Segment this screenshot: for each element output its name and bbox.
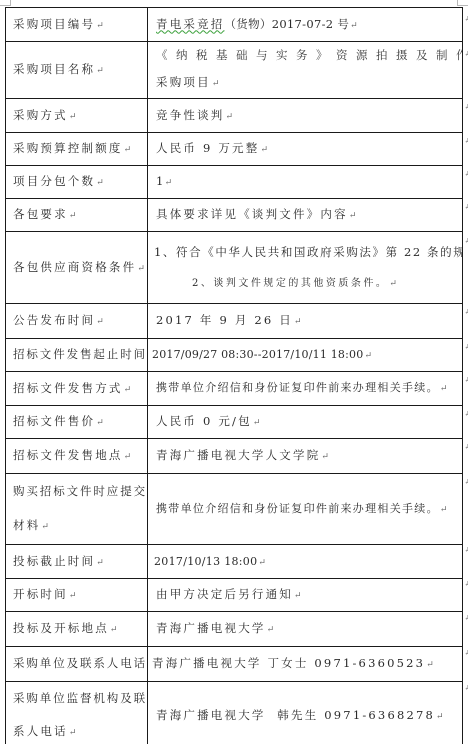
value-cell[interactable]: 具体要求详见《谈判文件》内容↵	[148, 199, 463, 232]
table-row-procurement-method: 采购方式↵ 竞争性谈判↵	[6, 99, 463, 133]
table-row-sale-location: 招标文件发售地点↵ 青海广播电视大学人文学院↵	[6, 439, 463, 474]
value-cell[interactable]: 携带单位介绍信和身份证复印件前来办理相关手续。↵	[148, 372, 463, 406]
value-text: 携带单位介绍信和身份证复印件前来办理相关手续。	[156, 502, 439, 515]
label-text: 系人电话	[13, 724, 68, 738]
page-corner-mark-right	[457, 0, 468, 6]
label-cell: 开标时间↵	[6, 579, 148, 612]
table-row-budget: 采购预算控制额度↵ 人民币 9 万元整↵	[6, 133, 463, 166]
row-end-mark-icon: ↲	[464, 344, 468, 351]
paragraph-mark-icon: ↵	[165, 178, 173, 188]
row-end-mark-icon: ↲	[464, 238, 468, 245]
table-row-sale-method: 招标文件发售方式↵ 携带单位介绍信和身份证复印件前来办理相关手续。↵	[6, 372, 463, 406]
table-row-bid-deadline: 投标截止时间↵ 2017/10/13 18:00↵	[6, 545, 463, 579]
row-end-mark-icon: ↲	[464, 685, 468, 692]
paragraph-mark-icon: ↵	[212, 79, 220, 89]
paragraph-mark-icon: ↵	[260, 145, 268, 155]
paragraph-mark-icon: ↵	[436, 712, 444, 722]
paragraph-mark-icon: ↵	[69, 112, 77, 122]
label-text: 招标文件发售方式	[13, 381, 123, 395]
table-row-supplier-qualifications: 各包供应商资格条件↵ 1、符合《中华人民共和国政府采购法》第 22 条的规定。 …	[6, 232, 463, 304]
paragraph-mark-icon: ↵	[96, 418, 104, 428]
value-cell[interactable]: 2017/10/13 18:00↵	[148, 545, 463, 579]
qualification-item-1: 1、符合《中华人民共和国政府采购法》第 22 条的规定。	[154, 236, 462, 268]
label-text: 各包供应商资格条件	[13, 260, 136, 274]
label-cell: 采购项目名称↵	[6, 42, 148, 99]
label-text: 招标文件发售起止时间	[13, 347, 147, 361]
paragraph-mark-icon: ↵	[350, 21, 358, 31]
value-text: 由甲方决定后另行通知	[156, 587, 293, 601]
value-text: 青海广播电视大学	[156, 621, 266, 635]
row-end-mark-icon: ↲	[464, 16, 468, 23]
table-row-required-materials: 购买招标文件时应提交 材料↵ 携带单位介绍信和身份证复印件前来办理相关手续。↵	[6, 474, 463, 545]
spellcheck-flagged-text[interactable]: 青电采竞招	[156, 17, 225, 31]
value-cell[interactable]: 1、符合《中华人民共和国政府采购法》第 22 条的规定。 2、谈判文件规定的其他…	[148, 232, 463, 304]
value-cell[interactable]: 青海广播电视大学人文学院↵	[148, 439, 463, 474]
label-cell: 投标及开标地点↵	[6, 612, 148, 647]
label-cell: 招标文件发售方式↵	[6, 372, 148, 406]
label-text: 招标文件售价	[13, 414, 95, 428]
label-cell: 招标文件售价↵	[6, 406, 148, 439]
label-cell: 各包要求↵	[6, 199, 148, 232]
paragraph-mark-icon: ↵	[258, 558, 266, 568]
page-corner-mark-left	[0, 0, 11, 6]
paragraph-mark-icon: ↵	[96, 558, 104, 568]
row-end-mark-icon: ↲	[464, 171, 468, 178]
label-text-line-1: 采购单位监督机构及联	[13, 682, 147, 715]
paragraph-mark-icon: ↵	[110, 625, 118, 635]
row-end-mark-icon: ↲	[464, 204, 468, 211]
label-cell: 项目分包个数↵	[6, 166, 148, 199]
row-end-mark-icon: ↲	[464, 51, 468, 58]
value-text: 携带单位介绍信和身份证复印件前来办理相关手续。	[156, 381, 439, 394]
table-row-supervisor-contact: 采购单位监督机构及联 系人电话↵ 青海广播电视大学 韩先生 0971-63682…	[6, 682, 463, 744]
paragraph-mark-icon: ↵	[321, 452, 329, 462]
table-row-document-price: 招标文件售价↵ 人民币 0 元/包↵	[6, 406, 463, 439]
label-cell: 采购项目编号↵	[6, 8, 148, 42]
value-text: 1	[156, 174, 164, 188]
value-cell[interactable]: 携带单位介绍信和身份证复印件前来办理相关手续。↵	[148, 474, 463, 545]
paragraph-mark-icon: ↵	[267, 625, 275, 635]
label-text-line-2: 材料↵	[13, 508, 147, 544]
paragraph-mark-icon: ↵	[96, 178, 104, 188]
value-cell[interactable]: 人民币 0 元/包↵	[148, 406, 463, 439]
value-text: 2017/10/13 18:00	[154, 555, 257, 568]
paragraph-mark-icon: ↵	[253, 418, 261, 428]
label-text: 材料	[13, 518, 40, 532]
value-text: 青海广播电视大学 韩先生 0971-6368278	[156, 708, 435, 722]
table-row-package-count: 项目分包个数↵ 1↵	[6, 166, 463, 199]
paragraph-mark-icon: ↵	[69, 591, 77, 601]
paragraph-mark-icon: ↵	[69, 211, 77, 221]
label-cell: 采购单位监督机构及联 系人电话↵	[6, 682, 148, 744]
table-row-project-name: 采购项目名称↵ 《纳税基础与实务》资源拍摄及制作 采购项目↵	[6, 42, 463, 99]
value-text: 人民币 9 万元整	[156, 141, 259, 155]
paragraph-mark-icon: ↵	[364, 351, 372, 361]
table-row-purchaser-contact: 采购单位及联系人电话↵ 青海广播电视大学 丁女士 0971-6360523↵	[6, 647, 463, 682]
label-cell: 招标文件发售起止时间↵	[6, 339, 148, 372]
label-text: 采购预算控制额度	[13, 141, 123, 155]
label-text-line-1: 购买招标文件时应提交	[13, 474, 147, 508]
label-text: 项目分包个数	[13, 174, 95, 188]
label-text: 招标文件发售地点	[13, 448, 123, 462]
label-cell: 公告发布时间↵	[6, 304, 148, 339]
label-text: 采购项目名称	[13, 62, 95, 76]
row-end-mark-icon: ↲	[464, 581, 468, 588]
label-cell: 各包供应商资格条件↵	[6, 232, 148, 304]
value-cell[interactable]: 竞争性谈判↵	[148, 99, 463, 133]
label-cell: 投标截止时间↵	[6, 545, 148, 579]
value-cell[interactable]: 1↵	[148, 166, 463, 199]
table-row-opening-time: 开标时间↵ 由甲方决定后另行通知↵	[6, 579, 463, 612]
paragraph-mark-icon: ↵	[426, 660, 434, 670]
value-text: 2、谈判文件规定的其他资质条件。	[192, 278, 388, 289]
paragraph-mark-icon: ↵	[226, 112, 234, 122]
value-cell[interactable]: 青电采竞招（货物）2017-07-2 号↵	[148, 8, 463, 42]
value-cell[interactable]: 2017 年 9 月 26 日↵	[148, 304, 463, 339]
paragraph-mark-icon: ↵	[69, 728, 77, 738]
value-cell[interactable]: 青海广播电视大学 韩先生 0971-6368278↵	[148, 682, 463, 744]
table-row-bid-location: 投标及开标地点↵ 青海广播电视大学↵	[6, 612, 463, 647]
row-end-mark-icon: ↲	[464, 444, 468, 451]
paragraph-mark-icon: ↵	[96, 21, 104, 31]
value-text: （货物）2017-07-2 号	[225, 17, 350, 31]
table-row-sale-period: 招标文件发售起止时间↵ 2017/09/27 08:30--2017/10/11…	[6, 339, 463, 372]
label-text: 开标时间	[13, 587, 68, 601]
value-cell[interactable]: 2017/09/27 08:30--2017/10/11 18:00↵	[148, 339, 463, 372]
paragraph-mark-icon: ↵	[349, 211, 357, 221]
value-text: 竞争性谈判	[156, 108, 225, 122]
label-text: 采购方式	[13, 108, 68, 122]
paragraph-mark-icon: ↵	[294, 591, 302, 601]
paragraph-mark-icon: ↵	[389, 279, 397, 289]
label-cell: 购买招标文件时应提交 材料↵	[6, 474, 148, 545]
label-text: 采购项目编号	[13, 17, 95, 31]
paragraph-mark-icon: ↵	[96, 66, 104, 76]
paragraph-mark-icon: ↵	[440, 384, 448, 394]
row-end-mark-icon: ↲	[464, 547, 468, 554]
label-text: 各包要求	[13, 207, 68, 221]
qualification-item-2: 2、谈判文件规定的其他资质条件。↵	[154, 268, 462, 300]
paragraph-mark-icon: ↵	[124, 385, 132, 395]
row-end-mark-icon: ↲	[464, 650, 468, 657]
value-text: 2017 年 9 月 26 日	[156, 313, 293, 327]
label-cell: 招标文件发售地点↵	[6, 439, 148, 474]
label-cell: 采购预算控制额度↵	[6, 133, 148, 166]
value-text: 具体要求详见《谈判文件》内容	[156, 207, 348, 221]
label-text: 投标及开标地点	[13, 621, 109, 635]
label-text-line-2: 系人电话↵	[13, 715, 147, 744]
value-text: 青海广播电视大学人文学院	[156, 448, 320, 462]
paragraph-mark-icon: ↵	[124, 452, 132, 462]
label-text: 采购单位及联系人电话	[13, 656, 147, 670]
label-text: 投标截止时间	[13, 554, 95, 568]
label-cell: 采购单位及联系人电话↵	[6, 647, 148, 682]
table-row-announcement-date: 公告发布时间↵ 2017 年 9 月 26 日↵	[6, 304, 463, 339]
value-text-line-1: 《纳税基础与实务》资源拍摄及制作	[156, 42, 462, 69]
paragraph-mark-icon: ↵	[41, 522, 49, 532]
value-text: 人民币 0 元/包	[156, 414, 252, 428]
value-cell[interactable]: 人民币 9 万元整↵	[148, 133, 463, 166]
row-end-mark-icon: ↲	[464, 411, 468, 418]
row-end-mark-icon: ↲	[464, 138, 468, 145]
value-cell[interactable]: 青海广播电视大学↵	[148, 612, 463, 647]
paragraph-mark-icon: ↵	[294, 317, 302, 327]
row-end-mark-icon: ↲	[464, 615, 468, 622]
value-cell[interactable]: 《纳税基础与实务》资源拍摄及制作 采购项目↵	[148, 42, 463, 99]
paragraph-mark-icon: ↵	[124, 145, 132, 155]
paragraph-mark-icon: ↵	[137, 264, 145, 274]
label-cell: 采购方式↵	[6, 99, 148, 133]
value-cell[interactable]: 由甲方决定后另行通知↵	[148, 579, 463, 612]
row-end-mark-icon: ↲	[464, 309, 468, 316]
value-text: 青海广播电视大学 丁女士 0971-6360523	[152, 656, 425, 670]
value-text-line-2: 采购项目↵	[156, 69, 462, 98]
row-end-mark-icon: ↲	[464, 377, 468, 384]
label-text: 公告发布时间	[13, 313, 95, 327]
paragraph-mark-icon: ↵	[440, 505, 448, 515]
value-cell[interactable]: 青海广播电视大学 丁女士 0971-6360523↵	[148, 647, 463, 682]
row-end-mark-icon: ↲	[464, 104, 468, 111]
value-text: 采购项目	[156, 75, 211, 89]
row-end-mark-icon: ↲	[464, 479, 468, 486]
procurement-table: 采购项目编号↵ 青电采竞招（货物）2017-07-2 号↵ 采购项目名称↵ 《纳…	[5, 7, 463, 744]
table-row-package-requirements: 各包要求↵ 具体要求详见《谈判文件》内容↵	[6, 199, 463, 232]
value-text: 2017/09/27 08:30--2017/10/11 18:00	[152, 348, 363, 361]
paragraph-mark-icon: ↵	[96, 317, 104, 327]
table-row-project-number: 采购项目编号↵ 青电采竞招（货物）2017-07-2 号↵	[6, 8, 463, 42]
